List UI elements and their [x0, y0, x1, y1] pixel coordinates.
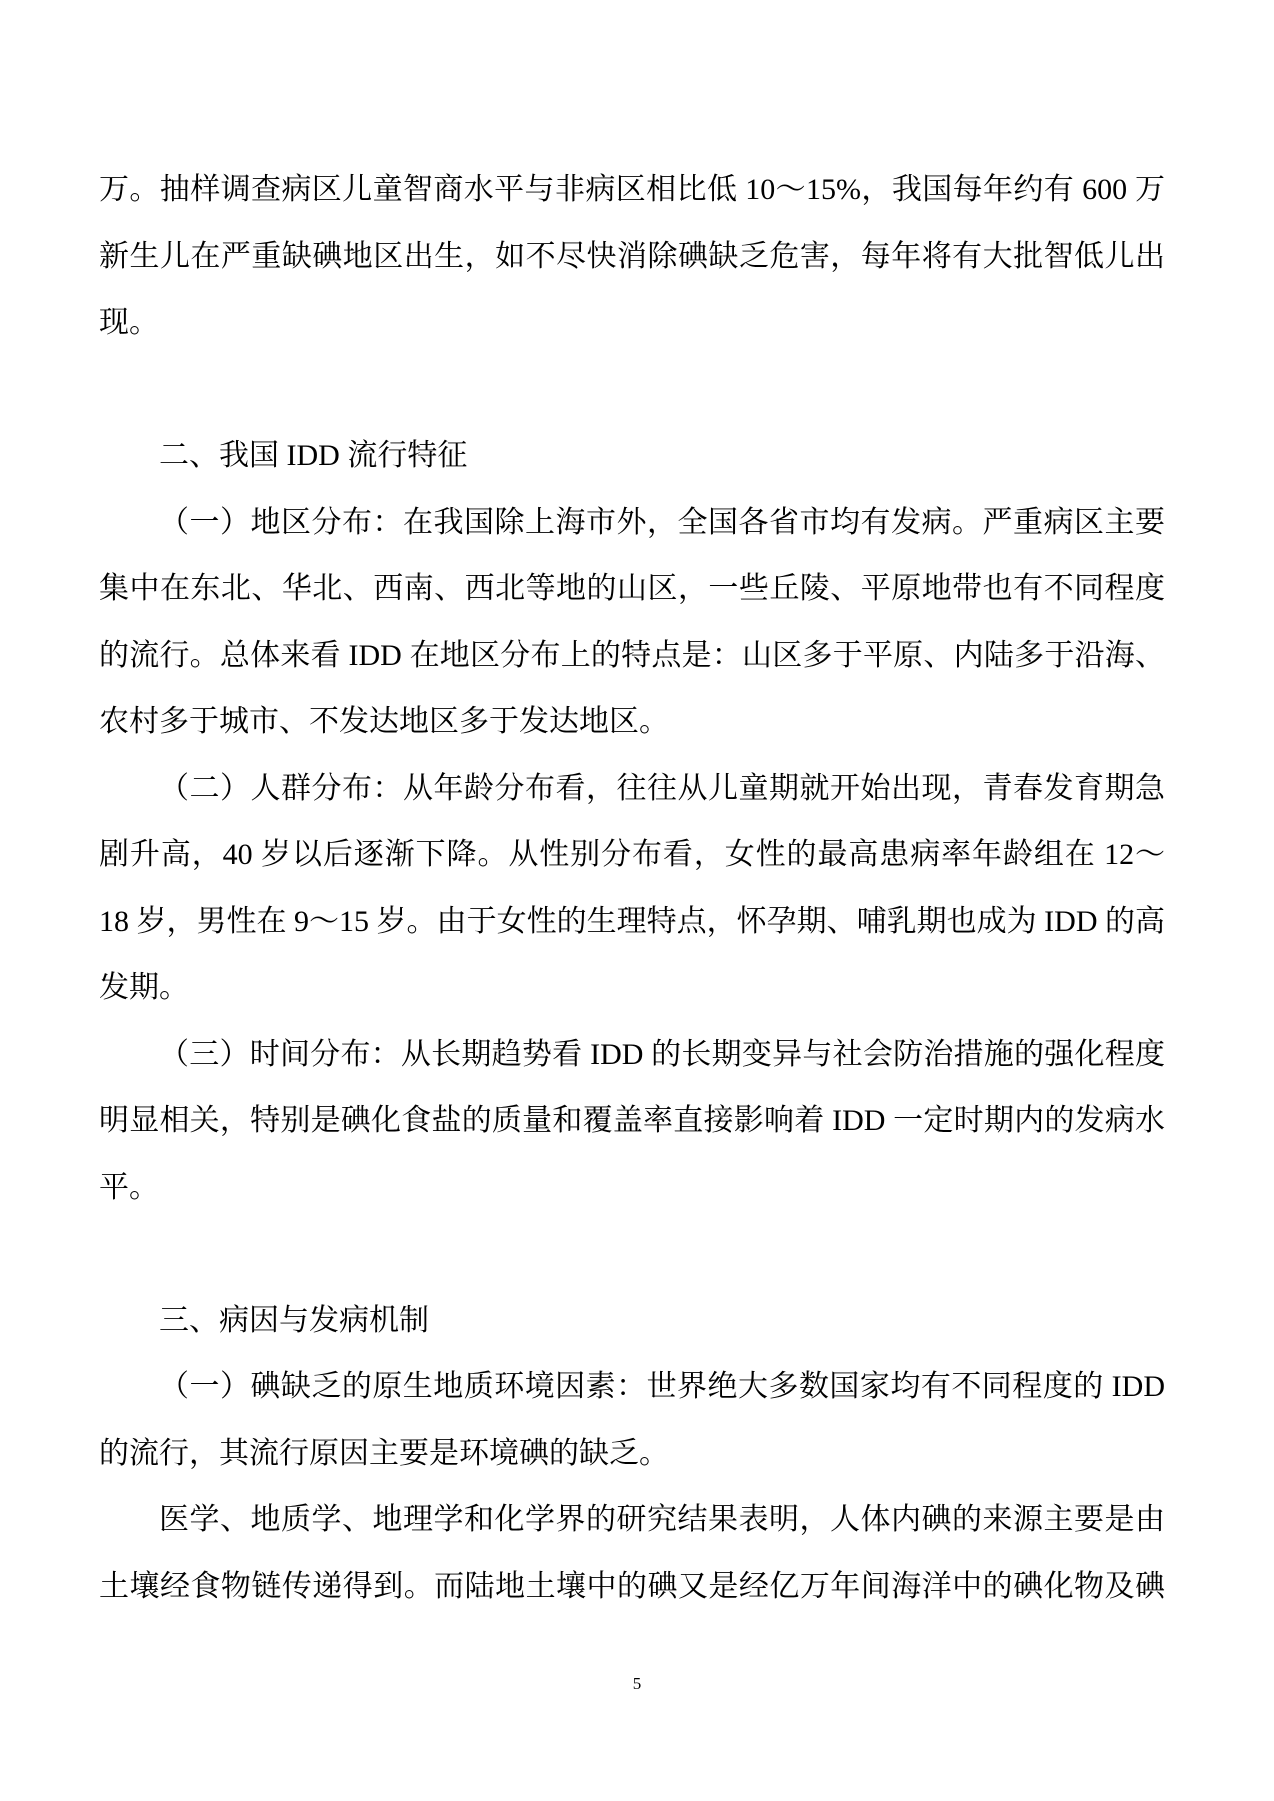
body-line: 平。 — [99, 1155, 1165, 1222]
document-page: 万。抽样调查病区儿童智商水平与非病区相比低 10～15%，我国每年约有 600 … — [0, 0, 1274, 1801]
body-line: 农村多于城市、不发达地区多于发达地区。 — [99, 689, 1165, 756]
body-line: （一）地区分布：在我国除上海市外，全国各省市均有发病。严重病区主要 — [99, 490, 1165, 557]
body-line: 18 岁，男性在 9～15 岁。由于女性的生理特点，怀孕期、哺乳期也成为 IDD… — [99, 889, 1165, 956]
body-line: 新生儿在严重缺碘地区出生，如不尽快消除碘缺乏危害，每年将有大批智低儿出 — [99, 224, 1165, 291]
page-number: 5 — [0, 1674, 1274, 1694]
body-line: 集中在东北、华北、西南、西北等地的山区，一些丘陵、平原地带也有不同程度 — [99, 556, 1165, 623]
blank-line — [99, 1221, 1165, 1288]
blank-line — [99, 357, 1165, 424]
body-line: 发期。 — [99, 955, 1165, 1022]
section-heading: 二、我国 IDD 流行特征 — [99, 423, 1165, 490]
body-line: 的流行。总体来看 IDD 在地区分布上的特点是：山区多于平原、内陆多于沿海、 — [99, 623, 1165, 690]
body-line: （一）碘缺乏的原生地质环境因素：世界绝大多数国家均有不同程度的 IDD — [99, 1354, 1165, 1421]
section-heading: 三、病因与发病机制 — [99, 1288, 1165, 1355]
body-line: （二）人群分布：从年龄分布看，往往从儿童期就开始出现，青春发育期急 — [99, 756, 1165, 823]
body-line: 剧升高，40 岁以后逐渐下降。从性别分布看，女性的最高患病率年龄组在 12～ — [99, 822, 1165, 889]
body-line: 医学、地质学、地理学和化学界的研究结果表明，人体内碘的来源主要是由 — [99, 1487, 1165, 1554]
body-line: 万。抽样调查病区儿童智商水平与非病区相比低 10～15%，我国每年约有 600 … — [99, 157, 1165, 224]
body-line: 土壤经食物链传递得到。而陆地土壤中的碘又是经亿万年间海洋中的碘化物及碘 — [99, 1554, 1165, 1621]
body-line: （三）时间分布：从长期趋势看 IDD 的长期变异与社会防治措施的强化程度 — [99, 1022, 1165, 1089]
document-body: 万。抽样调查病区儿童智商水平与非病区相比低 10～15%，我国每年约有 600 … — [99, 157, 1165, 1620]
body-line: 现。 — [99, 290, 1165, 357]
body-line: 明显相关，特别是碘化食盐的质量和覆盖率直接影响着 IDD 一定时期内的发病水 — [99, 1088, 1165, 1155]
body-line: 的流行，其流行原因主要是环境碘的缺乏。 — [99, 1421, 1165, 1488]
